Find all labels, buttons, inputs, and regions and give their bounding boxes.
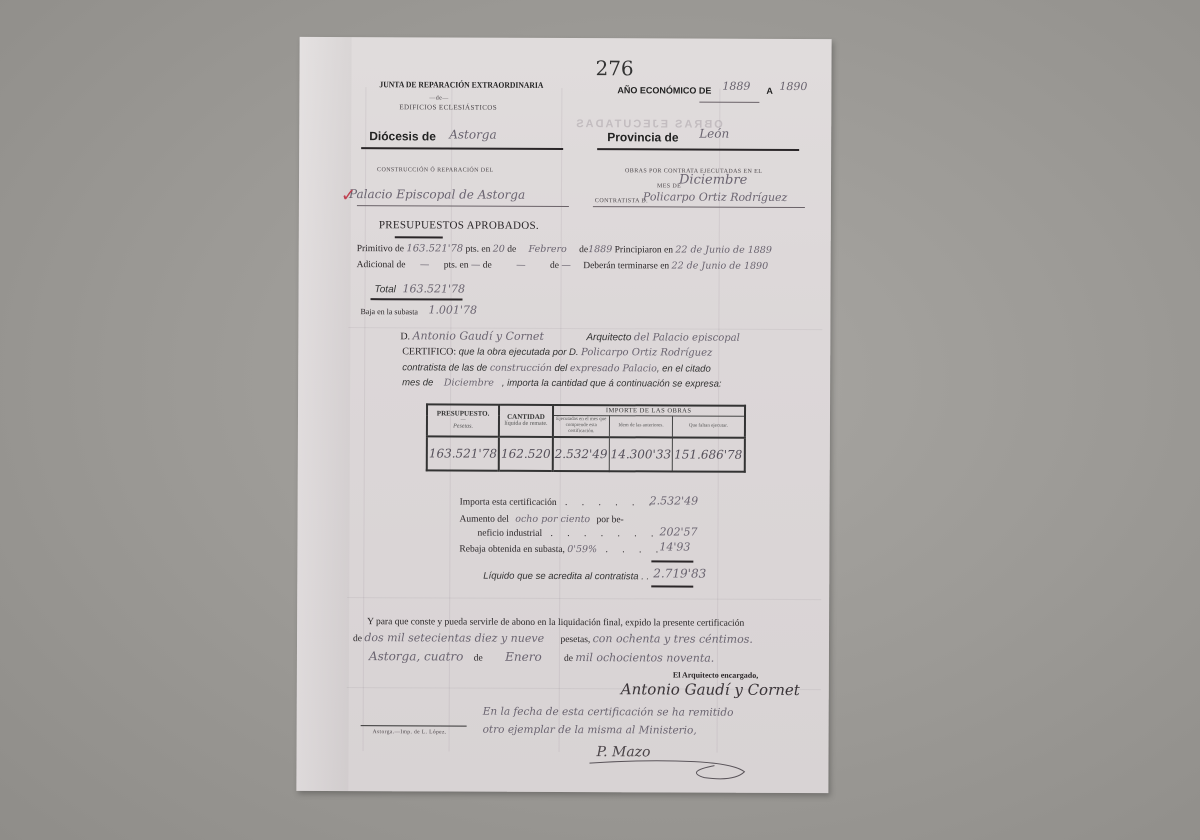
additional-month: — [494, 260, 548, 271]
additional-value: — [408, 259, 442, 270]
col-budget-header: PRESUPUESTO. — Pesetas. [427, 404, 499, 436]
primitive-year: 1889 [588, 244, 612, 255]
works-type: construcción [490, 363, 552, 374]
de-label: de [550, 261, 559, 271]
architect-name: Antonio Gaudí y Cornet [413, 329, 584, 343]
started-value: 22 de Junio de 1889 [675, 244, 772, 255]
certificate-document: 276 JUNTA DE REPARACIÓN EXTRAORDINARIA —… [296, 37, 831, 793]
contractor-row: contratista de las de construcción del e… [402, 362, 711, 374]
primitive-label: Primitivo de [357, 244, 404, 254]
total-value: 163.521'78 [403, 282, 466, 295]
place: Astorga, cuatro [369, 649, 472, 663]
additional-year: — [561, 260, 571, 271]
certify-row: CERTIFICO: que la obra ejecutada por D. … [402, 346, 712, 358]
d-label: D. [400, 331, 410, 342]
summary-row2-value: 202'57 [659, 525, 697, 538]
closing-text: Y para que conste y pueda servirle de ab… [367, 617, 744, 629]
amount-words: dos mil setecientas diez y nueve [364, 631, 558, 645]
budgets-title: PRESUPUESTOS APROBADOS. [379, 219, 539, 232]
contractor-text: contratista de las de [402, 362, 487, 373]
month-row: mes de Diciembre, importa la cantidad qu… [402, 377, 721, 389]
certify-text: que la obra ejecutada por D. [459, 347, 579, 359]
province-label: Provincia de [607, 130, 678, 144]
year-words: mil ochocientos noventa. [575, 651, 714, 665]
col-this-month-header: Ejecutadas en el mes que comprende esta … [553, 415, 610, 437]
col-previous-header: Idem de las anteriores. [609, 416, 673, 438]
summary-row1-label: Importa esta certificación . . . . . . [460, 498, 658, 509]
year-from: 1889 [722, 80, 750, 93]
certify-label: CERTIFICO: [402, 346, 456, 357]
architect-signature: Antonio Gaudí y Cornet [621, 680, 800, 699]
summary-row2-label-cont: neficio industrial . . . . . . . [477, 529, 659, 540]
month-text: mes de [402, 377, 433, 388]
net-value: 2.719'83 [653, 566, 706, 580]
year-sep: A [766, 86, 773, 96]
cell-budget: 163.521'78 [427, 436, 499, 470]
year-label: AÑO ECONÓMICO DE [617, 85, 711, 95]
works-object: expresado Palacio [570, 363, 657, 374]
pts-label: pts. en [444, 260, 469, 270]
contractor-label: CONTRATISTA D. [595, 198, 648, 204]
summary-row1-value: 2.532'49 [650, 494, 699, 507]
auction-value: 1.001'78 [428, 303, 477, 316]
started-label: Principiaron en [615, 245, 673, 255]
construction-value: Palacio Episcopal de Astorga [349, 187, 525, 202]
cell-remaining: 151.686'78 [673, 437, 745, 471]
junta-subheader: EDIFICIOS ECLESIÁSTICOS [399, 103, 497, 111]
de-label: de [507, 245, 516, 255]
amount-text: , importa la cantidad que á continuación… [502, 378, 722, 390]
architect-title: El Arquitecto encargado, [673, 670, 758, 679]
year-to: 1890 [779, 80, 807, 93]
cell-amount: 162.520 [499, 437, 553, 471]
del-text: del [555, 363, 568, 374]
month-label: MES DE [657, 183, 681, 189]
cert-month-value: Diciembre [436, 377, 502, 388]
finish-value: 22 de Junio de 1890 [672, 260, 769, 271]
diocese-value: Astorga [449, 127, 497, 141]
junta-de: —de— [429, 95, 448, 101]
closing-month: Enero [485, 650, 562, 664]
month-value: Diciembre [679, 172, 747, 187]
cell-this-month: 2.532'49 [553, 437, 610, 471]
additional-label: Adicional de [357, 260, 406, 270]
summary-row2-label: Aumento del ocho por ciento por be- [460, 514, 624, 526]
certify-contractor: Policarpo Ortiz Rodríguez [581, 347, 712, 359]
additional-row: Adicional de — pts. en — de — de — Deber… [357, 259, 769, 272]
works-amount-table: PRESUPUESTO. — Pesetas. CANTIDAD líquida… [426, 403, 746, 472]
red-checkmark: ✓ [341, 185, 356, 206]
cited-text: , en el citado [657, 363, 711, 374]
pts-label: pts. en [466, 245, 491, 255]
document-number: 276 [595, 56, 633, 80]
cell-previous: 14.300'33 [609, 437, 673, 471]
cents-words: con ochenta y tres céntimos. [593, 632, 753, 646]
de-label: de [483, 261, 492, 271]
junta-header: JUNTA DE REPARACIÓN EXTRAORDINARIA [379, 79, 543, 90]
printer-imprint: Astorga.—Imp. de L. López. [373, 729, 447, 735]
summary-row3-label: Rebaja obtenida en subasta, 0'59% . . . … [459, 544, 664, 556]
finish-label: Deberán terminarse en [573, 261, 669, 271]
primitive-value: 163.521'78 [406, 243, 463, 254]
col-remaining-header: Que faltan ejecutar. [673, 416, 745, 438]
amount-words-row: de dos mil setecientas diez y nueve pese… [353, 631, 753, 646]
primitive-row: Primitivo de 163.521'78 pts. en 20 de Fe… [357, 243, 772, 256]
net-label: Líquido que se acredita al contratista .… [483, 571, 649, 583]
signature-flourish [584, 743, 754, 784]
diocese-label: Diócesis de [369, 129, 436, 143]
summary-row3-value: 14'93 [659, 540, 690, 553]
total-label: Total [375, 284, 396, 295]
note-line-1: En la fecha de esta certificación se ha … [483, 706, 734, 719]
architect-of: del Palacio episcopal [634, 332, 740, 343]
place-date-row: Astorga, cuatro de Enero de mil ochocien… [369, 649, 714, 665]
additional-day: — [471, 260, 481, 271]
construction-label: CONSTRUCCIÓN Ó REPARACIÓN DEL [377, 167, 494, 174]
primitive-day: 20 [493, 244, 505, 255]
col-amount-header: CANTIDAD líquida de remate. [499, 405, 553, 437]
province-value: León [699, 127, 729, 141]
contractor-value: Policarpo Ortiz Rodríguez [643, 190, 787, 204]
architect-label: Arquitecto [586, 332, 631, 343]
note-line-2: otro ejemplar de la misma al Ministerio, [483, 724, 697, 737]
auction-label: Baja en la subasta [360, 307, 418, 316]
primitive-month: Febrero [519, 244, 577, 255]
architect-row: D. Antonio Gaudí y Cornet Arquitecto del… [400, 329, 740, 343]
